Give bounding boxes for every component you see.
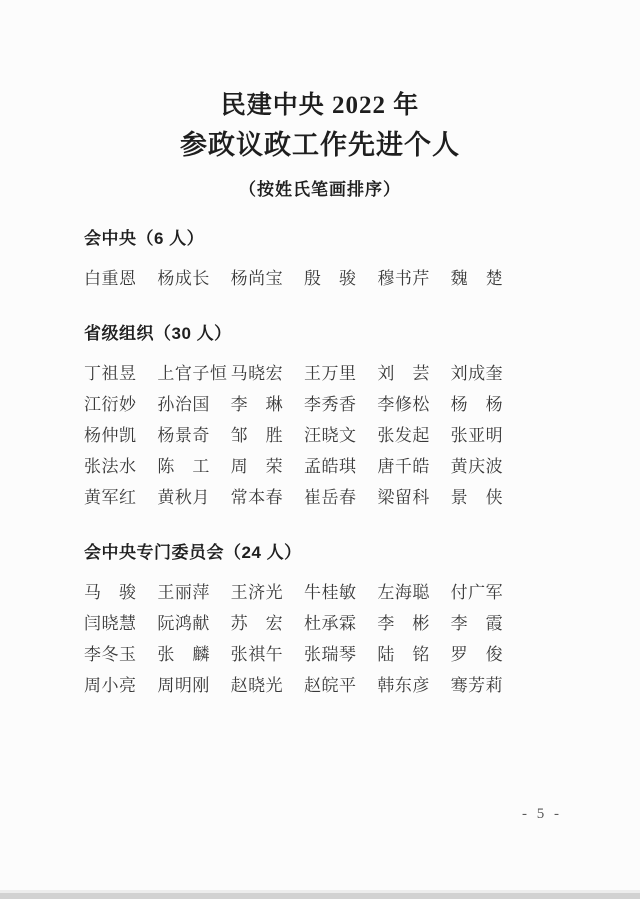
person-name: 汪晓文 (304, 421, 377, 446)
person-name: 阮鸿献 (157, 609, 230, 634)
person-name: 赵皖平 (304, 671, 377, 696)
person-name: 杨尚宝 (231, 264, 304, 289)
person-name: 李冬玉 (84, 640, 157, 665)
name-row: 黄军红黄秋月常本春崔岳春梁留科景 侠 (84, 480, 524, 511)
person-name: 孟皓琪 (304, 452, 377, 477)
section-rows: 丁祖昱上官子恒马晓宏王万里刘 芸刘成奎江衍妙孙治国李 琳李秀香李修松杨 杨杨仲凯… (84, 356, 524, 511)
person-name: 赵晓光 (231, 671, 304, 696)
document-title-line2: 参政议政工作先进个人 (0, 128, 640, 163)
person-name: 刘成奎 (451, 359, 524, 384)
person-name: 杜承霖 (304, 609, 377, 634)
name-section: 省级组织（30 人） 丁祖昱上官子恒马晓宏王万里刘 芸刘成奎江衍妙孙治国李 琳李… (84, 323, 524, 511)
person-name: 黄庆波 (451, 452, 524, 477)
person-name: 骞芳莉 (451, 671, 524, 696)
person-name: 陆 铭 (377, 640, 450, 665)
person-name: 景 侠 (451, 483, 524, 508)
person-name: 王丽萍 (157, 578, 230, 603)
person-name: 黄秋月 (157, 483, 230, 508)
name-row: 马 骏王丽萍王济光牛桂敏左海聪付广军 (84, 575, 524, 606)
person-name: 李修松 (377, 390, 450, 415)
person-name: 李秀香 (304, 390, 377, 415)
person-name: 马 骏 (84, 578, 157, 603)
name-row: 周小亮周明刚赵晓光赵皖平韩东彦骞芳莉 (84, 668, 524, 699)
person-name: 丁祖昱 (84, 359, 157, 384)
person-name: 罗 俊 (451, 640, 524, 665)
page-number: - 5 - (522, 806, 562, 823)
section-heading: 省级组织（30 人） (84, 323, 524, 345)
section-rows: 马 骏王丽萍王济光牛桂敏左海聪付广军闫晓慧阮鸿献苏 宏杜承霖李 彬李 霞李冬玉张… (84, 575, 524, 699)
person-name: 张 麟 (157, 640, 230, 665)
person-name: 魏 楚 (451, 264, 524, 289)
person-name: 常本春 (231, 483, 304, 508)
person-name: 王济光 (231, 578, 304, 603)
person-name: 邹 胜 (231, 421, 304, 446)
person-name: 张法水 (84, 452, 157, 477)
person-name: 杨 杨 (451, 390, 524, 415)
person-name: 陈 工 (157, 452, 230, 477)
person-name: 左海聪 (377, 578, 450, 603)
person-name: 孙治国 (157, 390, 230, 415)
person-name: 闫晓慧 (84, 609, 157, 634)
person-name: 张瑞琴 (304, 640, 377, 665)
person-name: 王万里 (304, 359, 377, 384)
name-row: 杨仲凯杨景奇邹 胜汪晓文张发起张亚明 (84, 418, 524, 449)
person-name: 李 彬 (377, 609, 450, 634)
person-name: 李 琳 (231, 390, 304, 415)
person-name: 张亚明 (451, 421, 524, 446)
person-name: 马晓宏 (231, 359, 304, 384)
person-name: 韩东彦 (377, 671, 450, 696)
person-name: 江衍妙 (84, 390, 157, 415)
person-name: 杨仲凯 (84, 421, 157, 446)
document-subtitle: （按姓氏笔画排序） (0, 175, 640, 200)
person-name: 殷 骏 (304, 264, 377, 289)
person-name: 付广军 (451, 578, 524, 603)
name-row: 闫晓慧阮鸿献苏 宏杜承霖李 彬李 霞 (84, 606, 524, 637)
person-name: 崔岳春 (304, 483, 377, 508)
name-row: 李冬玉张 麟张祺午张瑞琴陆 铭罗 俊 (84, 637, 524, 668)
person-name: 杨成长 (157, 264, 230, 289)
name-row: 丁祖昱上官子恒马晓宏王万里刘 芸刘成奎 (84, 356, 524, 387)
name-row: 张法水陈 工周 荣孟皓琪唐千皓黄庆波 (84, 449, 524, 480)
person-name: 杨景奇 (157, 421, 230, 446)
document-title-line1: 民建中央 2022 年 (0, 90, 640, 123)
person-name: 李 霞 (451, 609, 524, 634)
section-rows: 白重恩杨成长杨尚宝殷 骏穆书芹魏 楚 (84, 261, 524, 292)
person-name: 梁留科 (377, 483, 450, 508)
sections-container: 会中央（6 人） 白重恩杨成长杨尚宝殷 骏穆书芹魏 楚 省级组织（30 人） 丁… (84, 228, 524, 699)
person-name: 上官子恒 (157, 359, 230, 384)
person-name: 苏 宏 (231, 609, 304, 634)
person-name: 张发起 (377, 421, 450, 446)
person-name: 牛桂敏 (304, 578, 377, 603)
name-section: 会中央（6 人） 白重恩杨成长杨尚宝殷 骏穆书芹魏 楚 (84, 228, 524, 292)
person-name: 刘 芸 (377, 359, 450, 384)
title-block: 民建中央 2022 年 参政议政工作先进个人 （按姓氏笔画排序） (0, 0, 640, 200)
person-name: 黄军红 (84, 483, 157, 508)
name-section: 会中央专门委员会（24 人） 马 骏王丽萍王济光牛桂敏左海聪付广军闫晓慧阮鸿献苏… (84, 542, 524, 699)
document-page: 民建中央 2022 年 参政议政工作先进个人 （按姓氏笔画排序） 会中央（6 人… (0, 0, 640, 899)
person-name: 白重恩 (84, 264, 157, 289)
person-name: 周 荣 (231, 452, 304, 477)
person-name: 周小亮 (84, 671, 157, 696)
scan-edge-band (0, 893, 640, 899)
person-name: 穆书芹 (377, 264, 450, 289)
person-name: 张祺午 (231, 640, 304, 665)
name-row: 江衍妙孙治国李 琳李秀香李修松杨 杨 (84, 387, 524, 418)
person-name: 周明刚 (157, 671, 230, 696)
name-row: 白重恩杨成长杨尚宝殷 骏穆书芹魏 楚 (84, 261, 524, 292)
person-name: 唐千皓 (377, 452, 450, 477)
section-heading: 会中央（6 人） (84, 228, 524, 250)
section-heading: 会中央专门委员会（24 人） (84, 542, 524, 564)
